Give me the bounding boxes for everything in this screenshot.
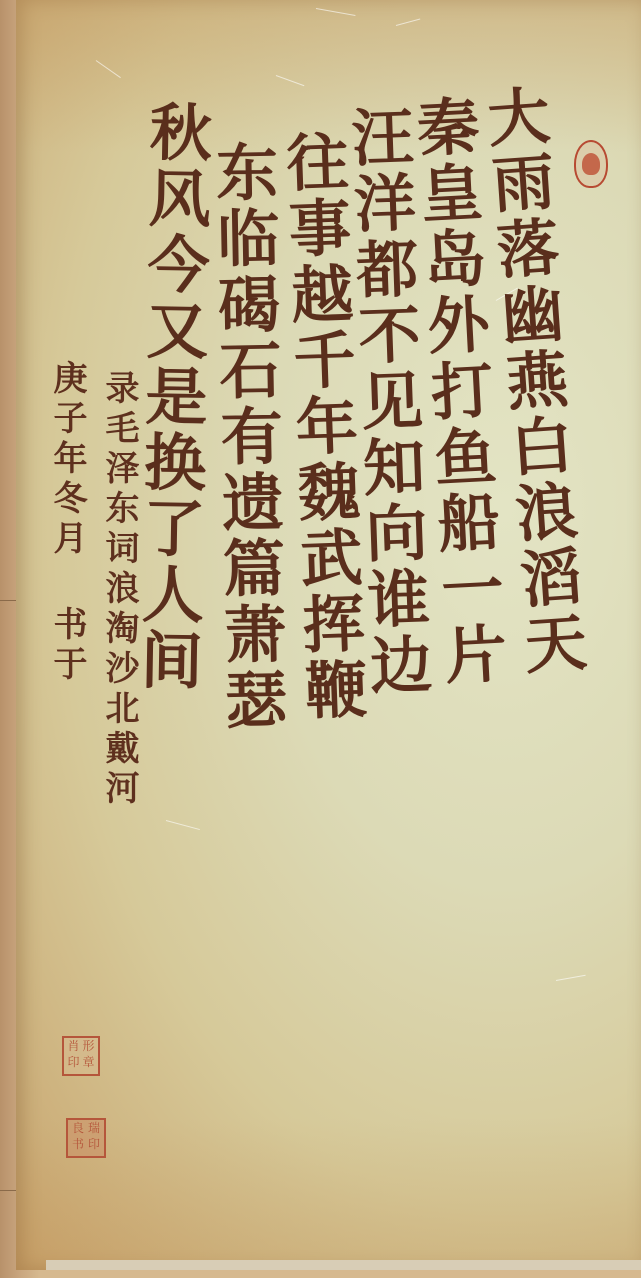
inscription-column-1: 录毛泽东词浪淘沙北戴河	[102, 370, 136, 810]
poem-column-4: 往事越千年魏武挥鞭	[280, 129, 363, 725]
paper-fiber	[556, 975, 586, 981]
artist-seal-lower-icon: 良 瑞 书 印	[66, 1118, 106, 1158]
portrait-seal-icon	[574, 140, 608, 188]
seal-char: 瑞	[86, 1122, 102, 1138]
paper-fiber	[96, 60, 121, 78]
seal-char: 肖	[66, 1040, 81, 1056]
seal-char: 形	[81, 1040, 96, 1056]
poem-column-6: 秋风今又是换了人间	[135, 99, 207, 694]
poem-column-5: 东临碣石有遗篇萧瑟	[210, 139, 282, 734]
paper-fiber	[166, 820, 200, 830]
portrait-face	[582, 153, 600, 175]
seal-char: 书	[70, 1138, 86, 1154]
seal-char: 良	[70, 1122, 86, 1138]
paper-fiber	[316, 8, 356, 16]
floor-strip	[46, 1260, 641, 1270]
paper-fiber	[276, 75, 305, 86]
artist-seal-upper-icon: 肖 形 印 章	[62, 1036, 100, 1076]
paper-fiber	[396, 19, 420, 26]
seal-char: 印	[86, 1138, 102, 1154]
inscription-column-2: 庚子年冬月 书于	[50, 360, 84, 686]
seal-char: 章	[81, 1056, 96, 1072]
seal-char: 印	[66, 1056, 81, 1072]
